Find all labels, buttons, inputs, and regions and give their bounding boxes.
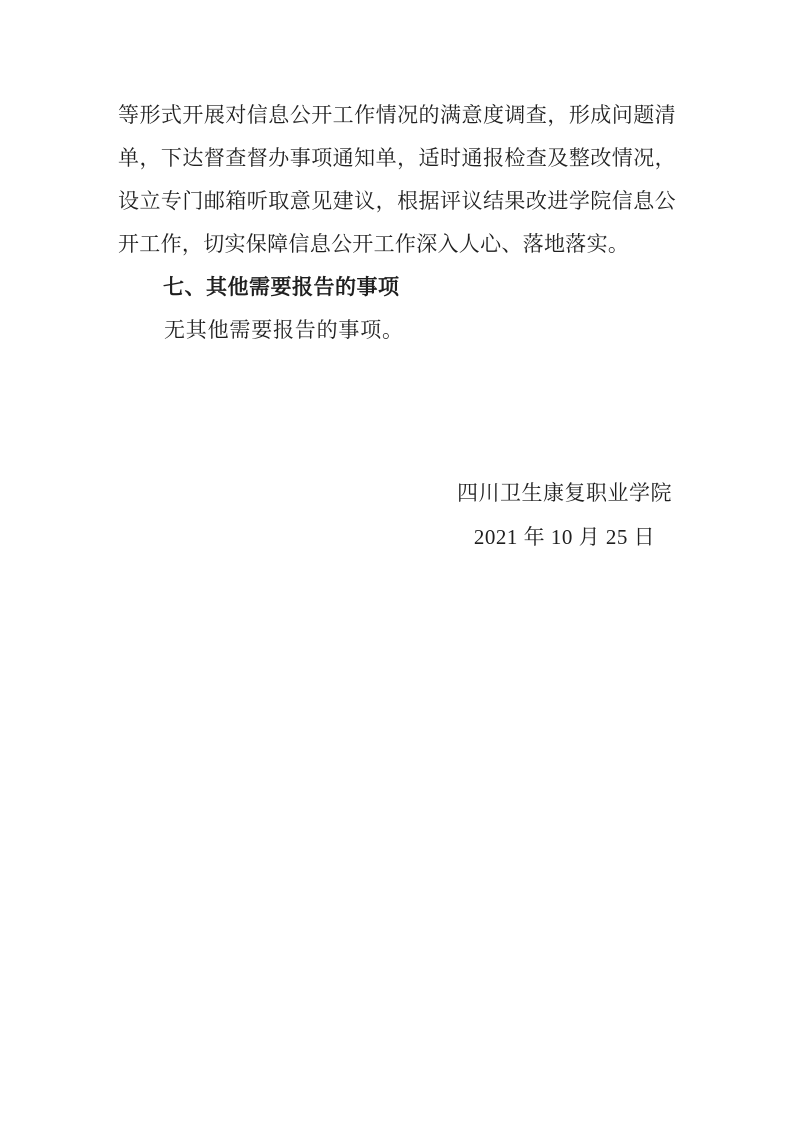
signature-organization: 四川卫生康复职业学院 bbox=[457, 472, 672, 515]
paragraph-line: 单，下达督查督办事项通知单，适时通报检查及整改情况， bbox=[118, 137, 676, 180]
section-body: 无其他需要报告的事项。 bbox=[118, 309, 676, 352]
paragraph-line: 设立专门邮箱听取意见建议，根据评议结果改进学院信息公 bbox=[118, 180, 676, 223]
signature-block: 四川卫生康复职业学院 2021 年 10 月 25 日 bbox=[457, 472, 672, 559]
paragraph-line: 开工作，切实保障信息公开工作深入人心、落地落实。 bbox=[118, 223, 676, 266]
document-page: 等形式开展对信息公开工作情况的满意度调查，形成问题清 单，下达督查督办事项通知单… bbox=[0, 0, 793, 1122]
page-content: 等形式开展对信息公开工作情况的满意度调查，形成问题清 单，下达督查督办事项通知单… bbox=[118, 94, 676, 559]
signature-date: 2021 年 10 月 25 日 bbox=[457, 515, 672, 559]
paragraph-line: 等形式开展对信息公开工作情况的满意度调查，形成问题清 bbox=[118, 94, 676, 137]
section-heading: 七、其他需要报告的事项 bbox=[118, 266, 676, 309]
